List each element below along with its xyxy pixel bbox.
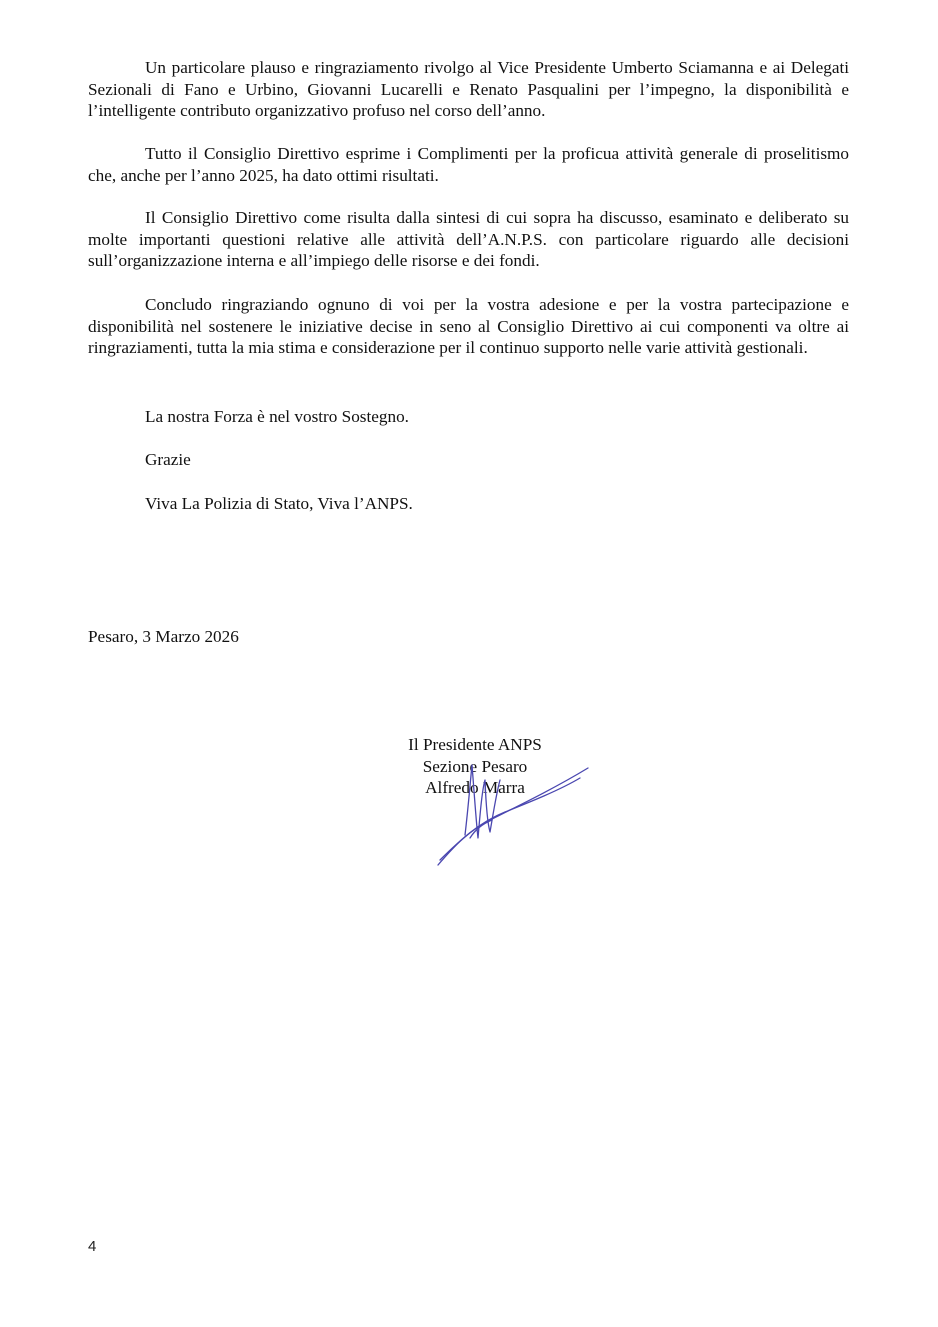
closing-thanks: Grazie: [145, 449, 191, 471]
paragraph-conclusion: Concludo ringraziando ognuno di voi per …: [88, 294, 849, 359]
paragraph-council-decisions: Il Consiglio Direttivo come risulta dall…: [88, 207, 849, 272]
document-page: Un particolare plauso e ringraziamento r…: [0, 0, 938, 1327]
place-date: Pesaro, 3 Marzo 2026: [88, 626, 239, 648]
signer-title: Il Presidente ANPS: [380, 734, 570, 756]
paragraph-thanks-delegates: Un particolare plauso e ringraziamento r…: [88, 57, 849, 122]
page-number: 4: [88, 1238, 96, 1255]
closing-motto: La nostra Forza è nel vostro Sostegno.: [145, 406, 409, 428]
closing-viva: Viva La Polizia di Stato, Viva l’ANPS.: [145, 493, 413, 515]
paragraph-proselytism: Tutto il Consiglio Direttivo esprime i C…: [88, 143, 849, 186]
handwritten-signature-icon: [430, 760, 600, 875]
